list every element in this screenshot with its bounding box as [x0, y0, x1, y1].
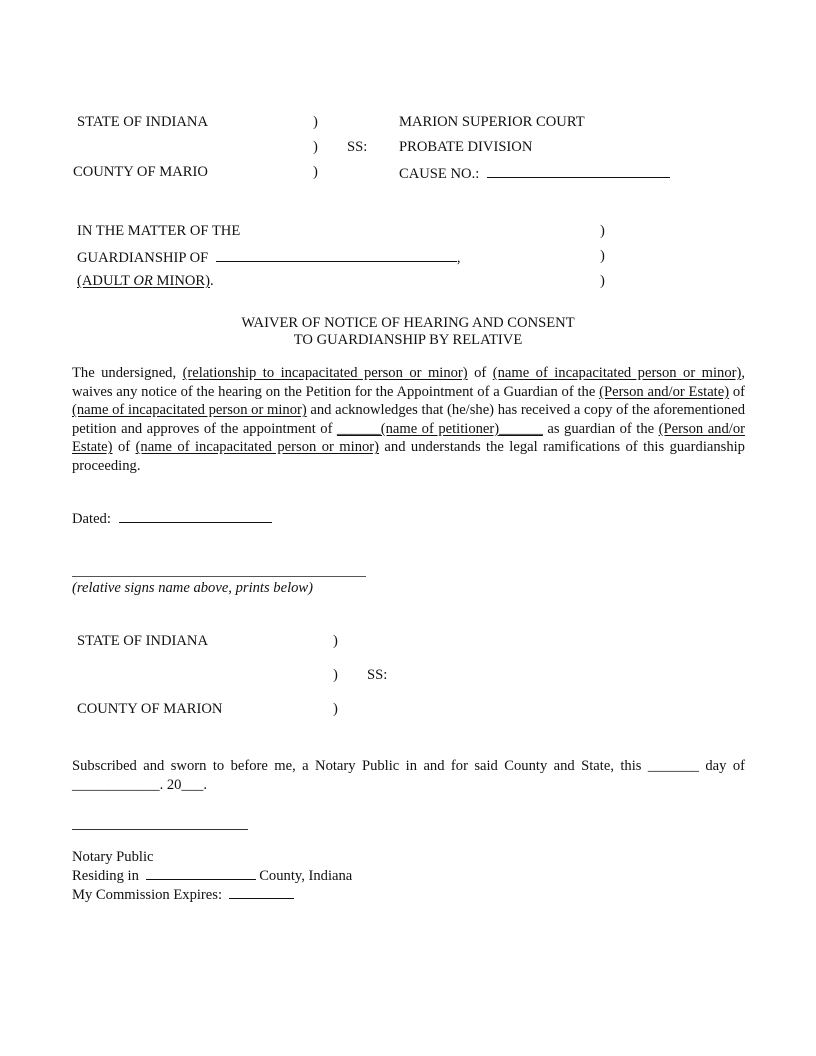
- residing-suffix: County, Indiana: [259, 868, 352, 884]
- residing-label: Residing in: [72, 868, 139, 884]
- caption-county: COUNTY OF MARIO: [73, 163, 208, 181]
- cause-number-field[interactable]: CAUSE NO.:: [399, 163, 670, 183]
- relative-signature-line[interactable]: [72, 576, 366, 577]
- matter-paren: ): [600, 247, 605, 265]
- waiver-paragraph: The undersigned, (relationship to incapa…: [72, 364, 745, 476]
- incapacitated-name-field[interactable]: (name of incapacitated person or minor): [493, 365, 742, 381]
- dated-label: Dated:: [72, 511, 111, 527]
- residing-county-blank[interactable]: [146, 865, 256, 880]
- notary-signature-line[interactable]: [72, 829, 248, 830]
- matter-line-2: GUARDIANSHIP OF ,: [77, 247, 461, 267]
- signature-caption: (relative signs name above, prints below…: [72, 579, 313, 597]
- person-estate-field[interactable]: (Person and/or Estate): [599, 384, 729, 400]
- cause-number-label: CAUSE NO.:: [399, 166, 479, 182]
- caption-paren: ): [313, 113, 318, 131]
- ward-name-blank[interactable]: [216, 247, 457, 262]
- cause-number-blank[interactable]: [487, 163, 670, 178]
- comma: ,: [457, 250, 461, 266]
- dated-blank[interactable]: [119, 508, 272, 523]
- dated-field[interactable]: Dated:: [72, 508, 272, 528]
- notary-title: Notary Public: [72, 848, 153, 866]
- matter-line-3: (ADULT OR MINOR).: [77, 272, 214, 290]
- caption-ss: SS:: [347, 138, 367, 156]
- matter-paren: ): [600, 272, 605, 290]
- matter-paren: ): [600, 222, 605, 240]
- caption-paren: ): [313, 163, 318, 181]
- commission-field: My Commission Expires:: [72, 884, 294, 904]
- commission-label: My Commission Expires:: [72, 887, 222, 903]
- document-title-line-1: WAIVER OF NOTICE OF HEARING AND CONSENT: [0, 315, 816, 333]
- residing-field: Residing in County, Indiana: [72, 865, 352, 885]
- relationship-field[interactable]: (relationship to incapacitated person or…: [183, 365, 468, 381]
- court-division: PROBATE DIVISION: [399, 138, 532, 156]
- caption-paren: ): [313, 138, 318, 156]
- notary-paren: ): [333, 700, 338, 718]
- court-name: MARION SUPERIOR COURT: [399, 113, 585, 131]
- incapacitated-name-field[interactable]: (name of incapacitated person or minor): [136, 439, 379, 455]
- notary-paren: ): [333, 632, 338, 650]
- document-title-line-2: TO GUARDIANSHIP BY RELATIVE: [0, 332, 816, 350]
- adult-or-minor: (ADULT OR MINOR): [77, 273, 210, 289]
- notary-paren: ): [333, 666, 338, 684]
- incapacitated-name-field[interactable]: (name of incapacitated person or minor): [72, 402, 307, 418]
- guardianship-of-label: GUARDIANSHIP OF: [77, 250, 208, 266]
- matter-line-1: IN THE MATTER OF THE: [77, 222, 240, 240]
- notary-state: STATE OF INDIANA: [77, 632, 208, 650]
- notary-county: COUNTY OF MARION: [77, 700, 222, 718]
- caption-state: STATE OF INDIANA: [77, 113, 208, 131]
- petitioner-name-field[interactable]: ______(name of petitioner)______: [337, 421, 543, 437]
- jurat-paragraph: Subscribed and sworn to before me, a Not…: [72, 757, 745, 794]
- commission-expires-blank[interactable]: [229, 884, 294, 899]
- notary-ss: SS:: [367, 666, 387, 684]
